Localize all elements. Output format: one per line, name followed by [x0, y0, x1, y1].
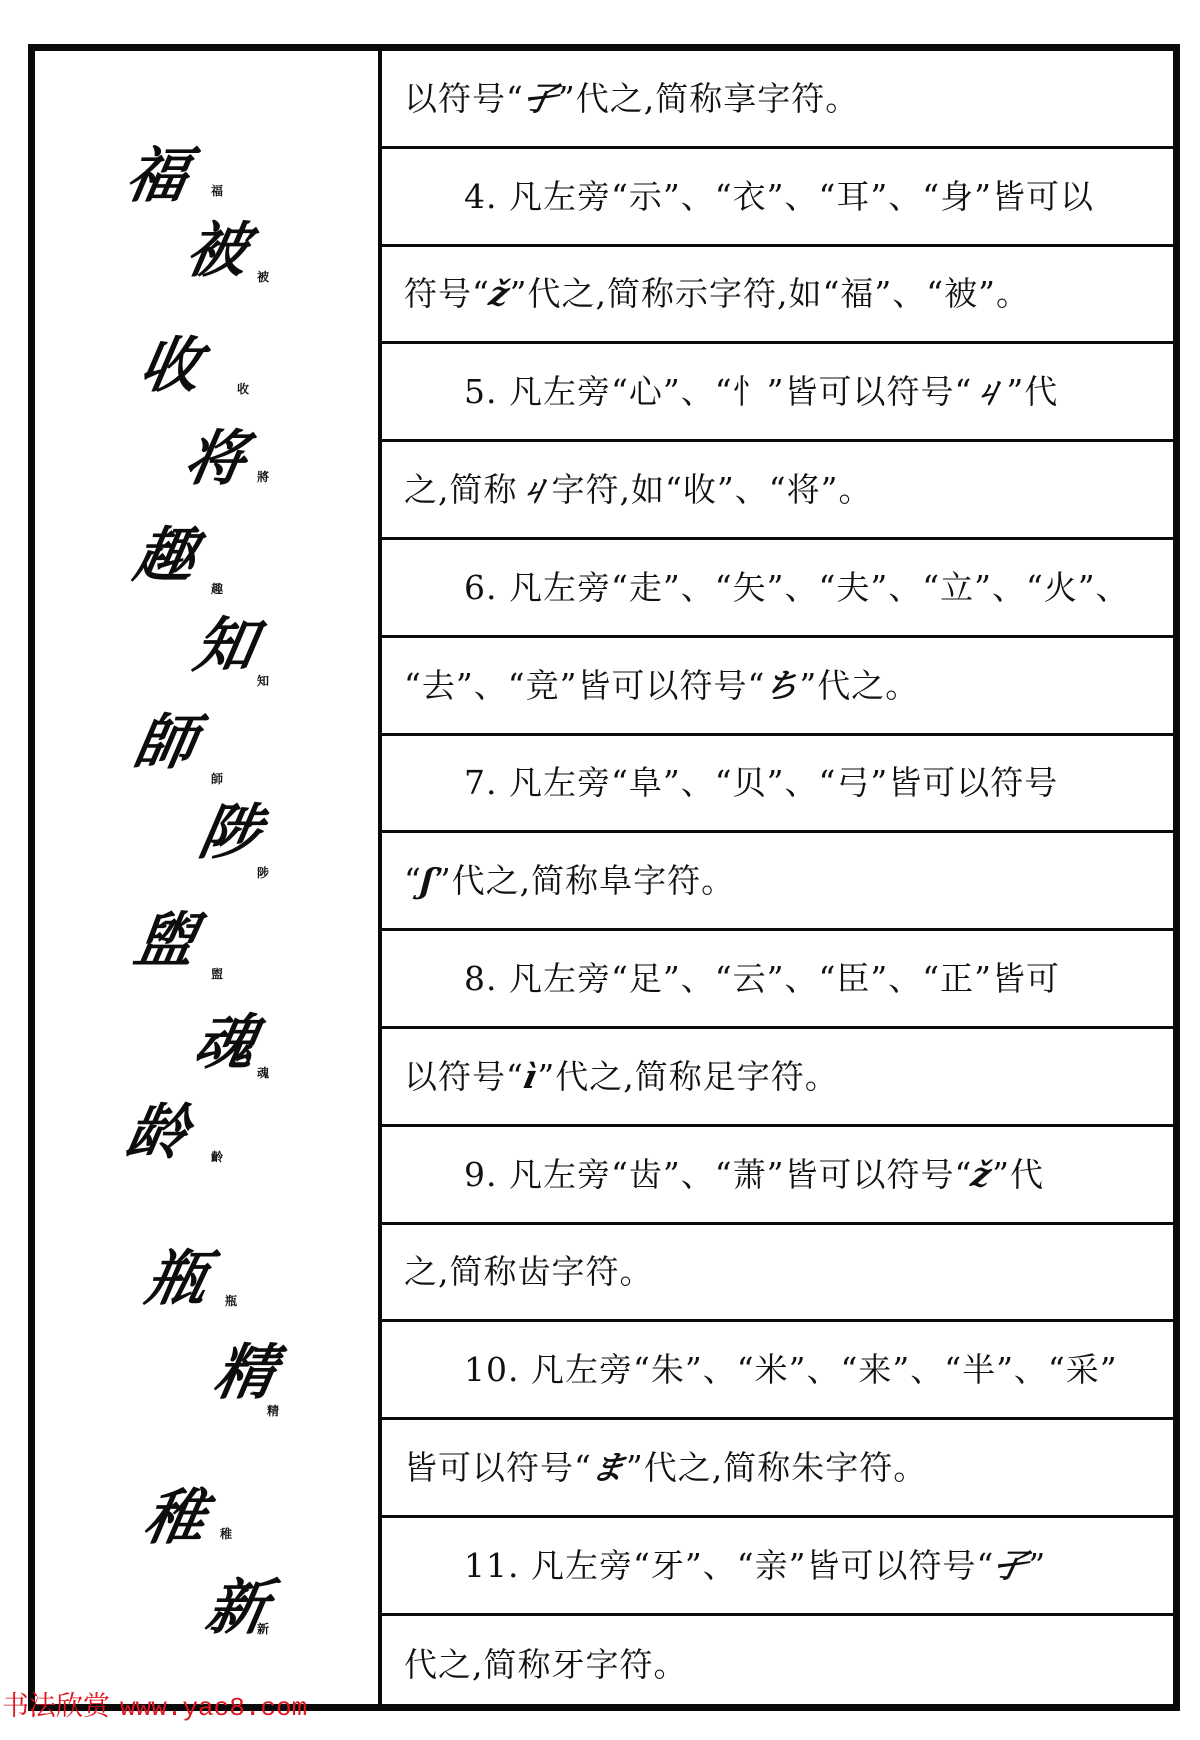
row-text-after: ” [1028, 1546, 1046, 1585]
row-text: “ʃ”代之,简称阜字符。 [382, 864, 735, 897]
glyph-caption: 新 [257, 1623, 269, 1635]
shorthand-symbol-icon: ま [588, 1451, 629, 1484]
row-text: 皆可以符号“ま”代之,简称朱字符。 [382, 1451, 927, 1484]
row-text-after: ”代之,简称享字符。 [558, 79, 859, 118]
text-row: 4. 凡左旁“示”、“衣”、“耳”、“身”皆可以 [382, 149, 1173, 247]
shorthand-symbol-icon: ち [762, 669, 803, 702]
text-row: 11. 凡左旁“牙”、“亲”皆可以符号“孑” [382, 1518, 1173, 1616]
watermark-url: www.yac8.com [120, 1693, 307, 1723]
glyph-caption: 瓶 [225, 1295, 237, 1307]
glyph-caption: 盥 [211, 968, 223, 980]
text-row: “ʃ”代之,简称阜字符。 [382, 833, 1173, 931]
row-text-before: 8. 凡左旁“足”、“云”、“臣”、“正”皆可 [464, 959, 1060, 998]
text-row: “去”、“竞”皆可以符号“ち”代之。 [382, 638, 1173, 736]
row-text-after: ”代之。 [799, 666, 919, 705]
glyph-caption: 知 [257, 675, 269, 687]
row-text-before: 10. 凡左旁“朱”、“米”、“来”、“半”、“采” [464, 1350, 1118, 1389]
cursive-glyph: 知 [190, 616, 257, 676]
cursive-glyph: 福 [122, 146, 189, 206]
text-row: 7. 凡左旁“阜”、“贝”、“弓”皆可以符号 [382, 736, 1173, 834]
row-text: 4. 凡左旁“示”、“衣”、“耳”、“身”皆可以 [382, 180, 1094, 213]
text-row: 之,简称齿字符。 [382, 1225, 1173, 1323]
cursive-glyph: 盥 [130, 911, 197, 971]
cursive-glyph: 稚 [140, 1488, 207, 1548]
text-column: 以符号“孑”代之,简称享字符。 4. 凡左旁“示”、“衣”、“耳”、“身”皆可以… [382, 51, 1173, 1704]
row-text-before: 符号“ [404, 274, 490, 313]
cursive-glyph: 精 [210, 1343, 277, 1403]
text-row: 6. 凡左旁“走”、“矢”、“夫”、“立”、“火”、 [382, 540, 1173, 638]
text-row: 以符号“孑”代之,简称享字符。 [382, 51, 1173, 149]
calligraphy-column: 福 福 被 被 收 收 将 將 趣 趣 知 知 師 師 陟 陟 盥 盥 魂 魂 … [35, 51, 378, 1704]
row-text-before: 6. 凡左旁“走”、“矢”、“夫”、“立”、“火”、 [464, 568, 1130, 607]
row-text: 10. 凡左旁“朱”、“米”、“来”、“半”、“采” [382, 1353, 1118, 1386]
row-text-before: 9. 凡左旁“齿”、“萧”皆可以符号“ [464, 1155, 972, 1194]
row-text-before: 皆可以符号“ [404, 1448, 592, 1487]
shorthand-symbol-icon: ㄐ [969, 375, 1010, 408]
row-text-after: ”代之,简称阜字符。 [434, 861, 735, 900]
row-text-before: 4. 凡左旁“示”、“衣”、“耳”、“身”皆可以 [464, 177, 1094, 216]
cursive-glyph: 趣 [130, 526, 197, 586]
glyph-caption: 魂 [257, 1067, 269, 1079]
text-row: 符号“ž”代之,简称示字符,如“福”、“被”。 [382, 247, 1173, 345]
glyph-caption: 趣 [211, 583, 223, 595]
text-row: 10. 凡左旁“朱”、“米”、“来”、“半”、“采” [382, 1322, 1173, 1420]
row-text: 6. 凡左旁“走”、“矢”、“夫”、“立”、“火”、 [382, 571, 1130, 604]
cursive-glyph: 瓶 [142, 1249, 209, 1309]
row-text: 9. 凡左旁“齿”、“萧”皆可以符号“ž”代 [382, 1158, 1044, 1191]
text-row: 9. 凡左旁“齿”、“萧”皆可以符号“ž”代 [382, 1127, 1173, 1225]
text-row: 8. 凡左旁“足”、“云”、“臣”、“正”皆可 [382, 931, 1173, 1029]
glyph-caption: 福 [211, 185, 223, 197]
row-text: 以符号“ì”代之,简称足字符。 [382, 1060, 839, 1093]
cursive-glyph: 師 [130, 713, 197, 773]
row-text-after: ”代之,简称足字符。 [537, 1057, 838, 1096]
row-text: 8. 凡左旁“足”、“云”、“臣”、“正”皆可 [382, 962, 1060, 995]
row-text: 11. 凡左旁“牙”、“亲”皆可以符号“孑” [382, 1549, 1046, 1582]
row-text-before: 5. 凡左旁“心”、“忄”皆可以符号“ [464, 372, 972, 411]
row-text-before: 代之,简称牙字符。 [404, 1645, 688, 1684]
glyph-caption: 稚 [220, 1528, 232, 1540]
row-text: 代之,简称牙字符。 [382, 1648, 688, 1681]
glyph-caption: 齡 [211, 1151, 223, 1163]
glyph-caption: 精 [267, 1405, 279, 1417]
row-text: 5. 凡左旁“心”、“忄”皆可以符号“ㄐ”代 [382, 375, 1058, 408]
page-frame: 福 福 被 被 收 收 将 將 趣 趣 知 知 師 師 陟 陟 盥 盥 魂 魂 … [28, 44, 1180, 1711]
cursive-glyph: 魂 [190, 1013, 257, 1073]
row-text: 7. 凡左旁“阜”、“贝”、“弓”皆可以符号 [382, 766, 1058, 799]
row-text-after: ”代 [1006, 372, 1058, 411]
row-text-after: 字符,如“收”、“将”。 [552, 470, 873, 509]
watermark-label: 书法欣赏 [2, 1691, 110, 1721]
glyph-caption: 陟 [257, 867, 269, 879]
text-row: 5. 凡左旁“心”、“忄”皆可以符号“ㄐ”代 [382, 344, 1173, 442]
text-row: 皆可以符号“ま”代之,简称朱字符。 [382, 1420, 1173, 1518]
row-text: “去”、“竞”皆可以符号“ち”代之。 [382, 669, 919, 702]
row-text: 之,简称ㄐ字符,如“收”、“将”。 [382, 473, 872, 506]
shorthand-symbol-icon: ㄐ [514, 473, 555, 506]
cursive-glyph: 将 [180, 429, 247, 489]
glyph-caption: 師 [211, 773, 223, 785]
row-text-before: “去”、“竞”皆可以符号“ [404, 666, 765, 705]
row-text-before: 之,简称齿字符。 [404, 1252, 654, 1291]
row-text-before: 以符号“ [404, 1057, 524, 1096]
text-row: 之,简称ㄐ字符,如“收”、“将”。 [382, 442, 1173, 540]
glyph-caption: 被 [257, 271, 269, 283]
shorthand-symbol-icon: 孑 [520, 82, 561, 115]
row-text: 符号“ž”代之,简称示字符,如“福”、“被”。 [382, 277, 1030, 310]
cursive-glyph: 收 [135, 336, 202, 396]
row-text-before: 11. 凡左旁“牙”、“亲”皆可以符号“ [464, 1546, 994, 1585]
row-text-before: 以符号“ [404, 79, 524, 118]
row-text: 以符号“孑”代之,简称享字符。 [382, 82, 859, 115]
row-text-before: 之,简称 [404, 470, 518, 509]
row-text: 之,简称齿字符。 [382, 1255, 654, 1288]
glyph-caption: 收 [237, 383, 249, 395]
row-text-after: ”代之,简称示字符,如“福”、“被”。 [510, 274, 1030, 313]
shorthand-symbol-icon: 孑 [991, 1549, 1032, 1582]
row-text-after: ”代之,简称朱字符。 [626, 1448, 927, 1487]
cursive-glyph: 龄 [122, 1103, 189, 1163]
text-row: 代之,简称牙字符。 [382, 1616, 1173, 1714]
watermark: 书法欣赏www.yac8.com [2, 1684, 307, 1723]
text-row: 以符号“ì”代之,简称足字符。 [382, 1029, 1173, 1127]
cursive-glyph: 被 [182, 221, 249, 281]
cursive-glyph: 陟 [195, 803, 262, 863]
row-text-after: ”代 [992, 1155, 1044, 1194]
row-text-before: 7. 凡左旁“阜”、“贝”、“弓”皆可以符号 [464, 763, 1058, 802]
glyph-caption: 將 [257, 471, 269, 483]
